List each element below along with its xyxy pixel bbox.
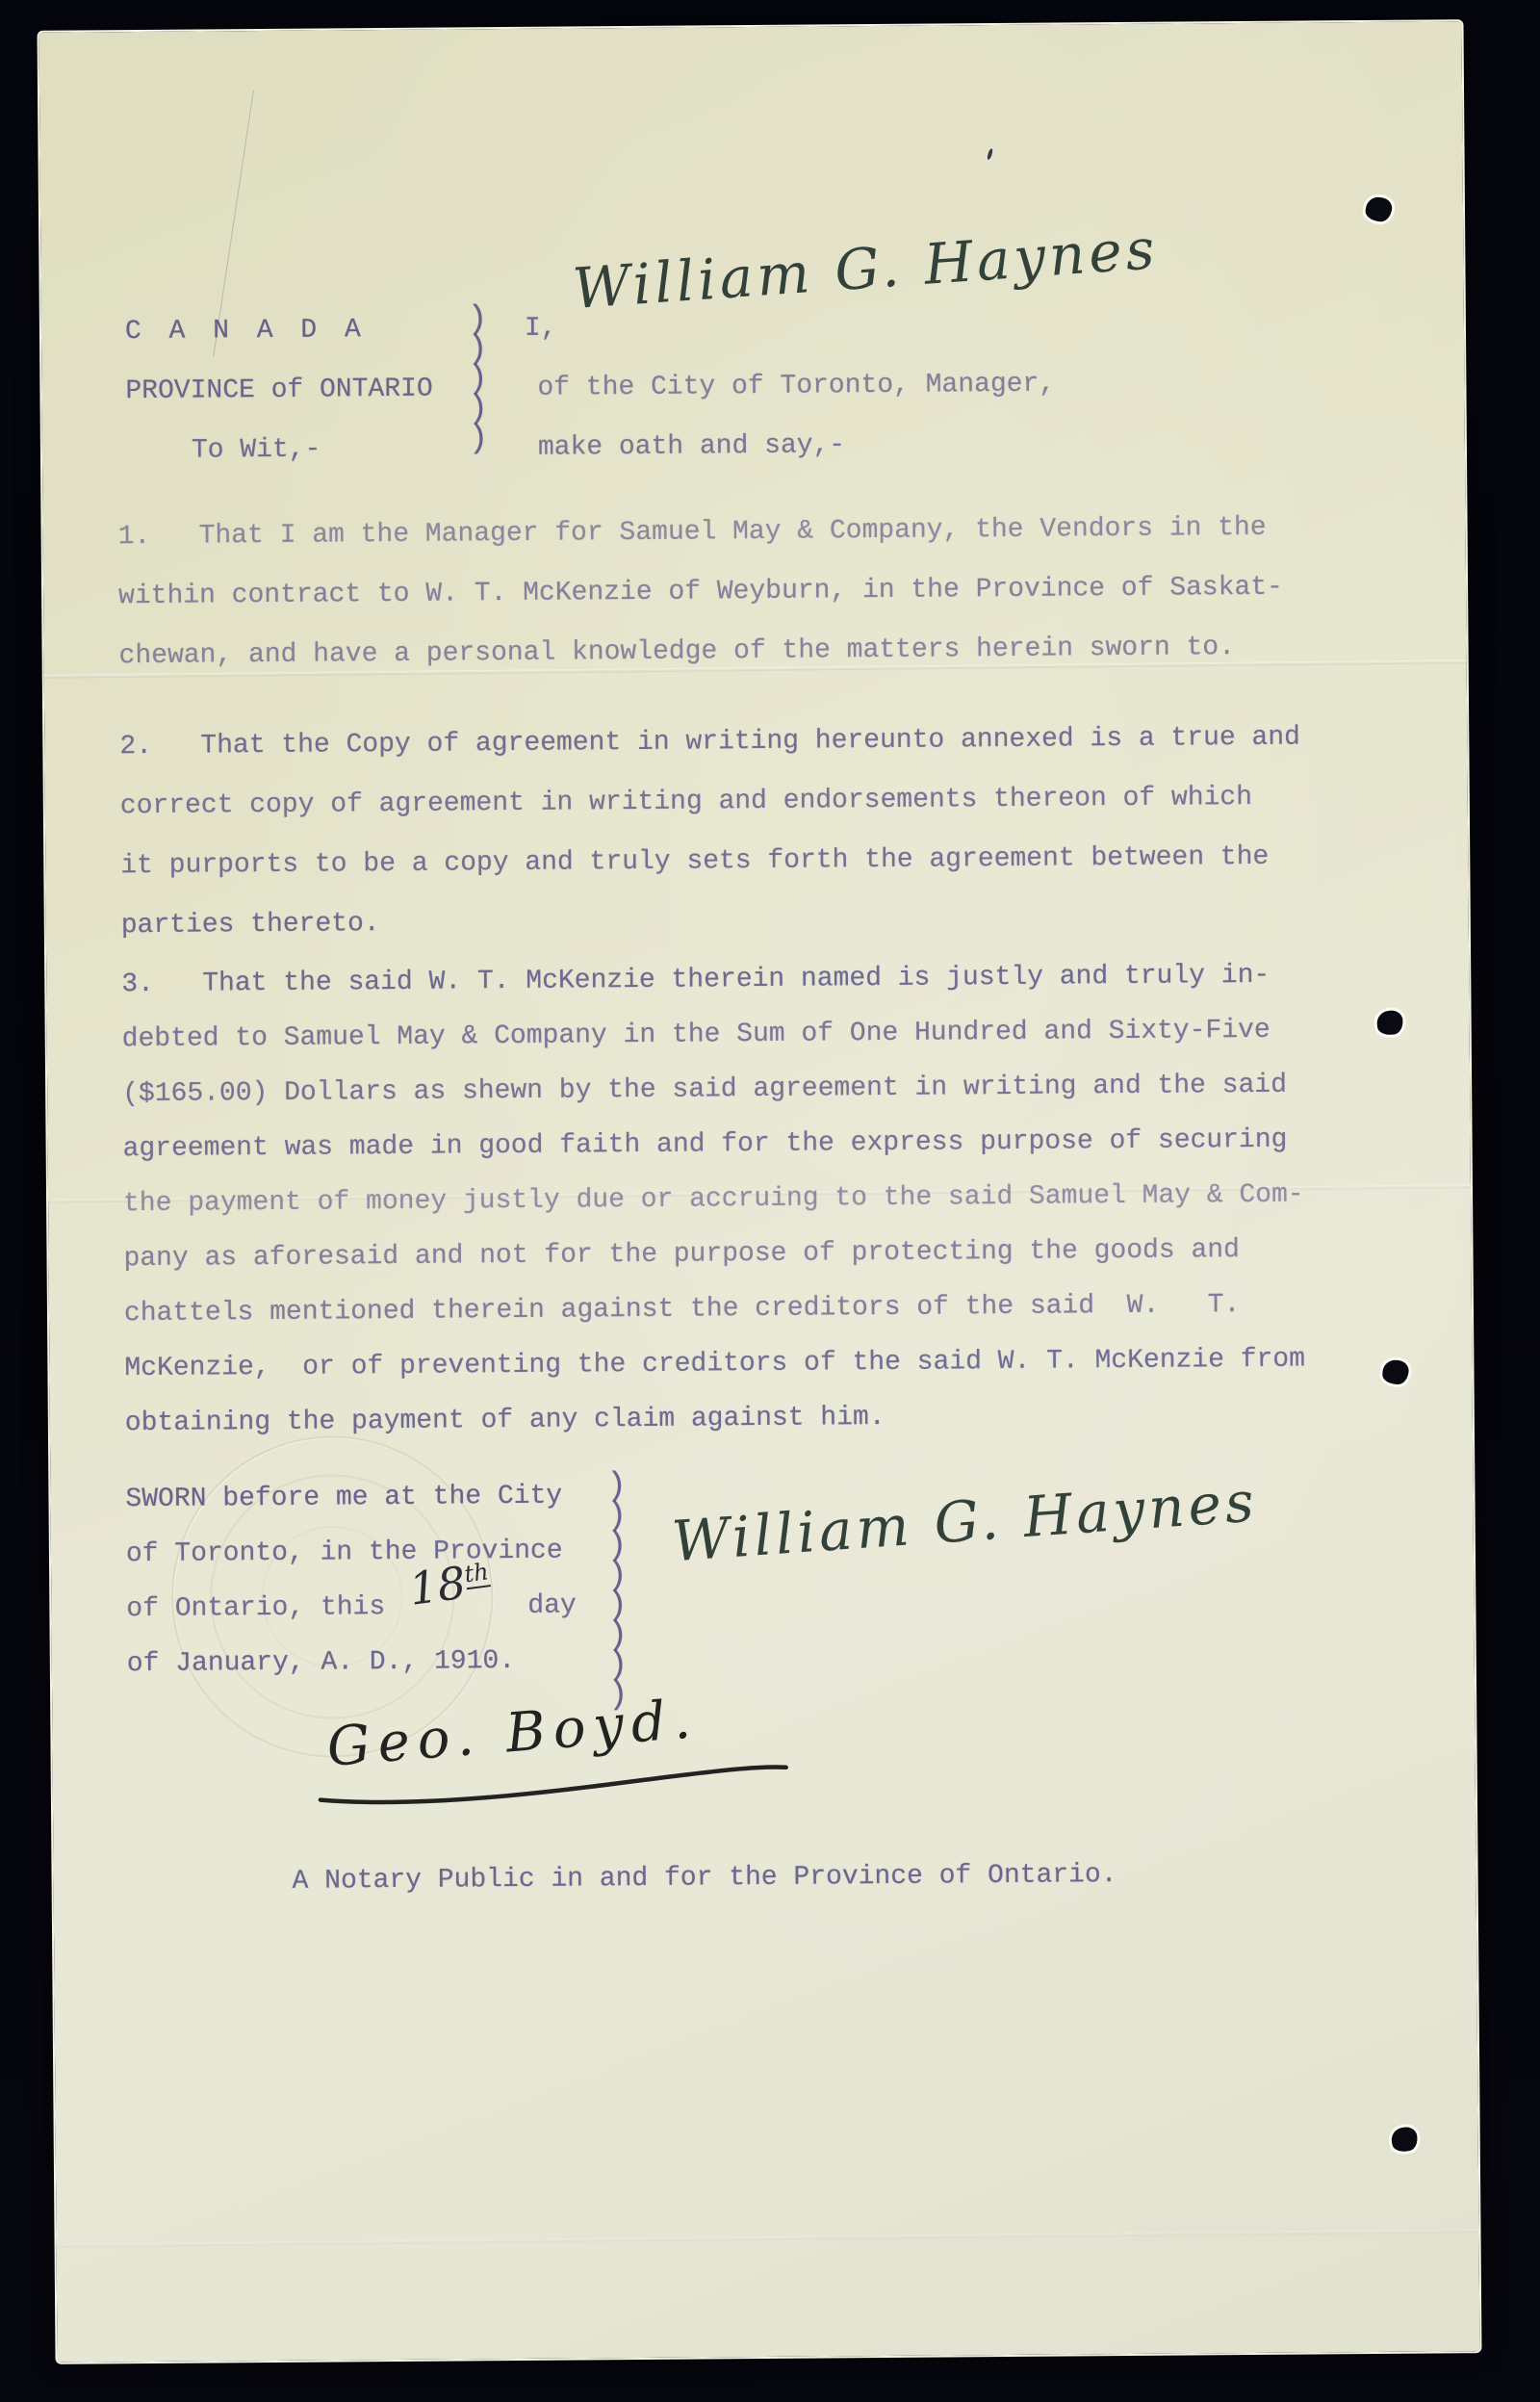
notary-title: A Notary Public in and for the Province …	[292, 1861, 1116, 1897]
affidavit-page: C A N A D A PROVINCE of ONTARIO To Wit,-…	[39, 21, 1480, 2363]
paragraph3-line: chattels mentioned therein against the c…	[124, 1291, 1241, 1329]
jurat-witness-signature: William G. Haynes	[670, 1468, 1260, 1574]
paragraph3-line: obtaining the payment of any claim again…	[125, 1404, 885, 1438]
punch-hole	[1375, 1009, 1404, 1036]
day-number: 18	[406, 1557, 469, 1615]
paragraph3-line: ($165.00) Dollars as shewn by the said a…	[122, 1072, 1287, 1110]
punch-hole	[1390, 2126, 1420, 2154]
jurat-line: of January, A. D., 1910.	[127, 1647, 515, 1679]
brace-glyph: )	[469, 425, 489, 454]
paragraph3-line: agreement was made in good faith and for…	[123, 1126, 1288, 1165]
punch-hole	[1382, 1359, 1409, 1385]
paragraph2-line: 2. That the Copy of agreement in writing…	[119, 724, 1300, 762]
paragraph1-line: within contract to W. T. McKenzie of Wey…	[118, 574, 1283, 612]
paragraph3-line: McKenzie, or of preventing the creditors…	[124, 1346, 1305, 1384]
paragraph2-line: correct copy of agreement in writing and…	[120, 784, 1252, 821]
paragraph2-line: it purports to be a copy and truly sets …	[120, 843, 1269, 881]
fold-crease	[57, 2229, 1479, 2247]
jurat-line: SWORN before me at the City	[125, 1483, 562, 1515]
day-ordinal: th	[463, 1558, 491, 1589]
paragraph2-line: parties thereto.	[121, 910, 380, 941]
opening-line3: make oath and say,-	[538, 431, 845, 463]
handwritten-day: 18th	[406, 1553, 493, 1614]
deponent-signature: William G. Haynes	[571, 216, 1161, 322]
venue-country: C A N A D A	[125, 316, 367, 347]
paragraph3-line: 3. That the said W. T. McKenzie therein …	[121, 962, 1270, 999]
paragraph3-line: pany as aforesaid and not for the purpos…	[123, 1236, 1240, 1274]
jurat-line: of Ontario, this	[126, 1593, 385, 1624]
jurat-brace-column: ) ) ) ) ) ) ) )	[606, 1472, 628, 1711]
paragraph3-line: debted to Samuel May & Company in the Su…	[122, 1017, 1270, 1054]
header-brace-column: ) ) ) ) )	[468, 305, 489, 454]
jurat-line: day	[527, 1592, 577, 1621]
venue-to-wit: To Wit,-	[192, 436, 321, 466]
photo-background: C A N A D A PROVINCE of ONTARIO To Wit,-…	[0, 0, 1540, 2402]
paragraph1-line: 1. That I am the Manager for Samuel May …	[118, 514, 1267, 552]
signature-underline-flourish	[313, 1750, 794, 1812]
punch-hole	[1364, 195, 1393, 222]
paragraph3-line: the payment of money justly due or accru…	[123, 1181, 1304, 1220]
jurat-line: of Toronto, in the Province	[126, 1537, 563, 1570]
opening-line2: of the City of Toronto, Manager,	[537, 371, 1055, 403]
ink-speck	[987, 148, 993, 161]
venue-province: PROVINCE of ONTARIO	[125, 375, 432, 407]
opening-prefix: I,	[525, 315, 557, 344]
